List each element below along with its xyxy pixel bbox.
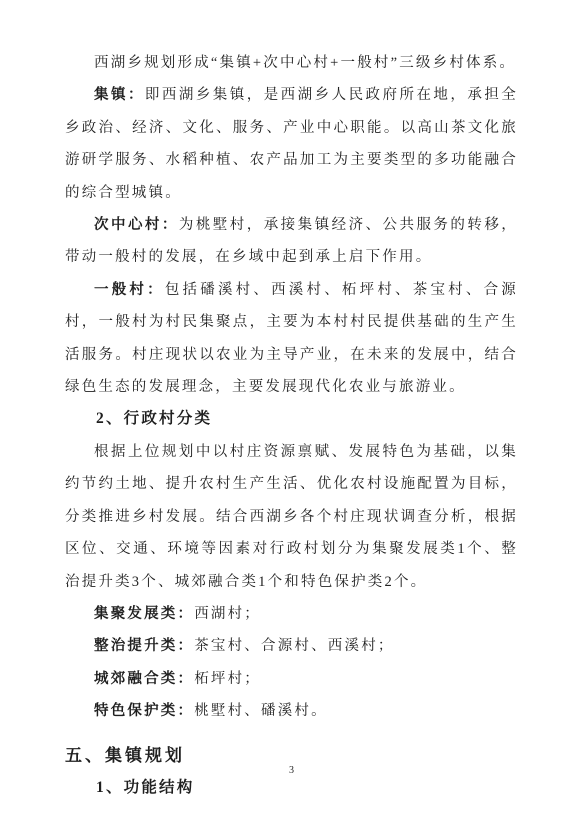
list-item-label: 特色保护类：: [94, 703, 194, 719]
paragraph-label: 次中心村：: [94, 217, 179, 233]
list-item-juju-fazhan: 集聚发展类：西湖村；: [65, 598, 518, 630]
paragraph-classification-basis: 根据上位规划中以村庄资源禀赋、发展特色为基础，以集约节约土地、提升农村生产生活、…: [65, 436, 518, 598]
list-item-label: 整治提升类：: [94, 638, 194, 654]
section-heading-village-classification: 2、行政村分类: [65, 403, 518, 435]
paragraph-text: 西湖乡规划形成“集镇+次中心村+一般村”三级乡村体系。: [94, 55, 516, 71]
list-item-chengjiao-ronghe: 城郊融合类：柘坪村；: [65, 663, 518, 695]
list-item-text: 茶宝村、合源村、西溪村；: [194, 638, 394, 654]
paragraph-text: 包括磻溪村、西溪村、柘坪村、茶宝村、合源村，一般村为村民集聚点，主要为本村村民提…: [65, 282, 518, 395]
list-item-text: 桃墅村、磻溪村。: [194, 703, 328, 719]
paragraph-cizhongxincun: 次中心村：为桃墅村，承接集镇经济、公共服务的转移，带动一般村的发展，在乡域中起到…: [65, 209, 518, 274]
paragraph-label: 集镇：: [94, 87, 145, 103]
paragraph-yibancun: 一般村：包括磻溪村、西溪村、柘坪村、茶宝村、合源村，一般村为村民集聚点，主要为本…: [65, 274, 518, 404]
list-item-label: 城郊融合类：: [94, 671, 194, 687]
list-item-tese-baohu: 特色保护类：桃墅村、磻溪村。: [65, 695, 518, 727]
paragraph-label: 一般村：: [94, 282, 165, 298]
heading-text: 2、行政村分类: [96, 410, 212, 427]
page-number: 3: [0, 764, 583, 778]
paragraph-jizhen: 集镇：即西湖乡集镇，是西湖乡人民政府所在地，承担全乡政治、经济、文化、服务、产业…: [65, 79, 518, 209]
heading-text: 五、集镇规划: [65, 746, 185, 765]
list-item-text: 西湖村；: [194, 606, 261, 622]
heading-text: 1、功能结构: [96, 779, 194, 796]
document-content: 西湖乡规划形成“集镇+次中心村+一般村”三级乡村体系。 集镇：即西湖乡集镇，是西…: [65, 47, 518, 804]
list-item-text: 柘坪村；: [194, 671, 261, 687]
list-item-zhengzhi-tisheng: 整治提升类：茶宝村、合源村、西溪村；: [65, 630, 518, 662]
paragraph-text: 根据上位规划中以村庄资源禀赋、发展特色为基础，以集约节约土地、提升农村生产生活、…: [65, 444, 518, 590]
paragraph-text: 即西湖乡集镇，是西湖乡人民政府所在地，承担全乡政治、经济、文化、服务、产业中心职…: [65, 87, 518, 200]
document-page: 西湖乡规划形成“集镇+次中心村+一般村”三级乡村体系。 集镇：即西湖乡集镇，是西…: [0, 0, 583, 828]
paragraph-village-system: 西湖乡规划形成“集镇+次中心村+一般村”三级乡村体系。: [65, 47, 518, 79]
list-item-label: 集聚发展类：: [94, 606, 194, 622]
